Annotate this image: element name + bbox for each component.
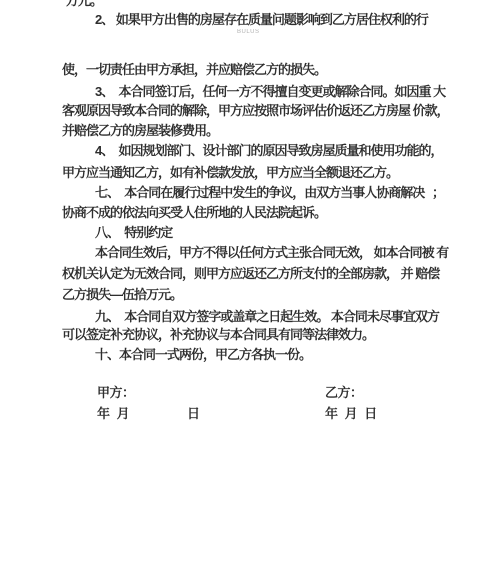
party-a-signature-label: 甲方： bbox=[97, 383, 135, 403]
contract-line: 2、 如果甲方出售的房屋存在质量问题影响到乙方居住权利的行 bbox=[95, 10, 428, 30]
contract-line: 使，一切责任由甲方承担，并应赔偿乙方的损失。 bbox=[62, 60, 326, 80]
document-page: 万元。 2、 如果甲方出售的房屋存在质量问题影响到乙方居住权利的行 BULUS … bbox=[0, 0, 500, 566]
contract-line: 十、本合同一式两份，甲乙方各执一份。 bbox=[95, 345, 311, 365]
contract-line: 乙方损失—伍拾万元。 bbox=[62, 285, 182, 305]
contract-line: 权机关认定为无效合同，则甲方应返还乙方所支付的全部房款， 并 赔偿 bbox=[62, 264, 439, 284]
contract-line: 4、 如因规划部门、设计部门的原因导致房屋质量和使用功能的， bbox=[95, 141, 442, 161]
contract-line: 九、 本合同自双方签字或盖章之日起生效。 本合同未尽事宜双方 bbox=[95, 307, 439, 327]
contract-line: 协商不成的依法向买受人住所地的人民法院起诉。 bbox=[62, 203, 326, 223]
contract-line-special-clause-heading: 八、 特别约定 bbox=[95, 223, 172, 243]
party-b-date: 年 月 日 bbox=[325, 404, 377, 424]
contract-line: 并赔偿乙方的房屋装修费用。 bbox=[62, 121, 218, 141]
faint-watermark-text: BULUS bbox=[237, 29, 260, 35]
party-b-signature-label: 乙方： bbox=[325, 383, 363, 403]
contract-line: 本合同生效后，甲方不得以任何方式主张合同无效， 如本合同被 有 bbox=[95, 243, 448, 263]
contract-line: 七、 本合同在履行过程中发生的争议，由双方当事人协商解决 ； bbox=[95, 183, 444, 203]
contract-line: 3、 本合同签订后，任何一方不得擅自变更或解除合同。如因重 大 bbox=[95, 82, 445, 102]
party-a-date-day: 日 bbox=[187, 404, 200, 424]
party-a-date-year-month: 年 月 bbox=[97, 404, 129, 424]
contract-line: 可以签定补充协议，补充协议与本合同具有同等法律效力。 bbox=[62, 325, 374, 345]
contract-line: 客观原因导致本合同的解除，甲方应按照市场评估价返还乙方房屋 价款， bbox=[62, 101, 449, 121]
contract-line: 甲方应当通知乙方，如有补偿款发放，甲方应当全额退还乙方。 bbox=[62, 163, 398, 183]
